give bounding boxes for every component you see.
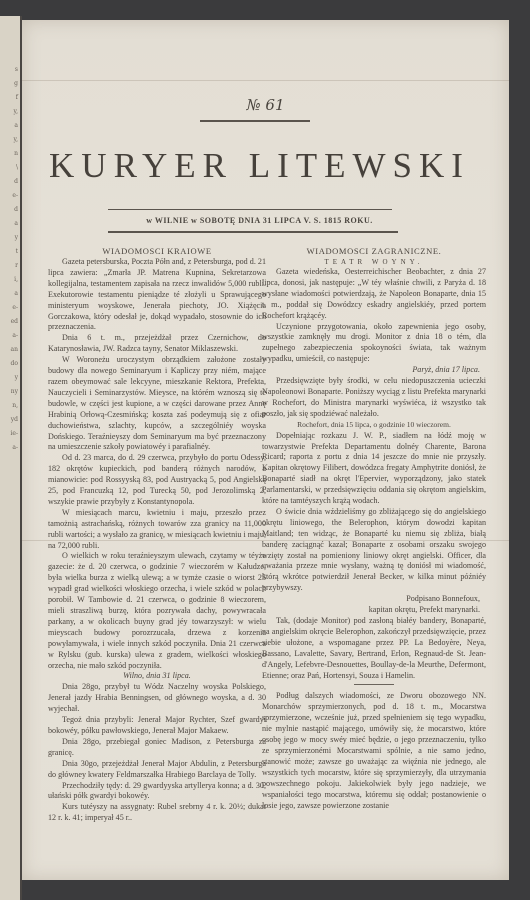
- article-paragraph: Dnia 28go, przybył tu Wódz Naczelny woys…: [48, 682, 266, 715]
- article-paragraph: Gazeta wiedeńska, Oesterreichischer Beob…: [262, 267, 486, 322]
- left-column: WIADOMOSCI KRAIOWE Gazeta petersburska, …: [48, 246, 266, 824]
- newspaper-page: № 61 KURYER LITEWSKI w WILNIE w SOBOTĘ D…: [22, 20, 509, 880]
- prev-page-text-fragment: an: [11, 346, 18, 353]
- left-paragraphs-wilno: Dnia 28go, przybył tu Wódz Naczelny woys…: [48, 682, 266, 824]
- prev-page-text-fragment: n,: [12, 402, 18, 409]
- article-paragraph: Od d. 23 marca, do d. 29 czerwca, przyby…: [48, 453, 266, 508]
- prev-page-text-fragment: a-: [12, 332, 18, 339]
- article-paragraph: Tak, (dodaje Monitor) pod zasłoną białéy…: [262, 616, 486, 681]
- article-paragraph: Kurs tutéyszy na assygnaty: Rubel srebrn…: [48, 802, 266, 824]
- prev-page-text-fragment: ed: [11, 318, 18, 325]
- previous-page-edge: sgfy,ay,n\de-daytri,ae-eda-andoynyn,ydie…: [0, 16, 22, 900]
- paper-crease: [22, 80, 509, 81]
- signature-bonnefoux: Podpisano Bonnefoux,: [262, 594, 486, 605]
- prev-page-text-fragment: a: [14, 290, 18, 297]
- issue-number: № 61: [22, 96, 509, 114]
- prev-page-text-fragment: y: [15, 374, 18, 381]
- prev-page-text-fragment: yd: [11, 416, 18, 423]
- article-paragraph: Podług dalszych wiadomości, ze Dworu obo…: [262, 691, 486, 811]
- prev-page-text-fragment: e-: [12, 192, 18, 199]
- right-paragraphs-5: Podług dalszych wiadomości, ze Dworu obo…: [262, 691, 486, 811]
- article-paragraph: O świcie dnia wździeliśmy go zbliżająceg…: [262, 507, 486, 594]
- article-paragraph: Tegoż dnia przybyli: Jenerał Major Rycht…: [48, 715, 266, 737]
- prev-page-text-fragment: ie-: [11, 430, 19, 437]
- prev-page-text-fragment: n: [14, 150, 18, 157]
- prev-page-text-fragment: r: [15, 262, 18, 269]
- dateline: w WILNIE w SOBOTĘ DNIA 31 LIPCA V. S. 18…: [22, 216, 497, 225]
- article-paragraph: W miesiącach marcu, kwietniu i maju, prz…: [48, 508, 266, 552]
- prev-page-text-fragment: g: [14, 80, 18, 87]
- right-paragraphs-3: Dopełniając rozkazu J. W. P., siadłem na…: [262, 431, 486, 595]
- prev-page-text-fragment: d: [14, 178, 18, 185]
- newspaper-title: KURYER LITEWSKI: [22, 146, 497, 186]
- article-paragraph: Dnia 30go, przejeżdżał Jenerał Major Abd…: [48, 759, 266, 781]
- paris-dateline: Paryż, dnia 17 lipca.: [262, 365, 486, 376]
- right-column: WIADOMOSCI ZAGRANICZNE. TEATR WOYNY. Gaz…: [262, 246, 486, 811]
- article-paragraph: Dnia 6 t. m., przejeżdżał przez Czernich…: [48, 333, 266, 355]
- prev-page-text-fragment: t: [16, 248, 18, 255]
- prev-page-text-fragment: f: [16, 94, 18, 101]
- signature-title: kapitan okrętu, Prefekt marynarki.: [262, 605, 486, 616]
- prev-page-text-fragment: a: [14, 122, 18, 129]
- section-heading-foreign: WIADOMOSCI ZAGRANICZNE.: [262, 246, 486, 257]
- subheading-theatre-of-war: TEATR WOYNY.: [262, 257, 486, 267]
- prev-page-text-fragment: e-: [12, 304, 18, 311]
- prev-page-text-fragment: ny: [11, 388, 18, 395]
- article-paragraph: W Woroneżu uroczystym obrządkiem założon…: [48, 355, 266, 453]
- right-paragraphs: Gazeta wiedeńska, Oesterreichischer Beob…: [262, 267, 486, 365]
- article-paragraph: Dopełniając rozkazu J. W. P., siadłem na…: [262, 431, 486, 507]
- article-paragraph: Dnia 28go, przebiegał goniec Madison, z …: [48, 737, 266, 759]
- article-paragraph: Przedsięwzięte były środki, w celu niedo…: [262, 376, 486, 420]
- article-paragraph: Przechodziły tędy: d. 29 gwardyyska arty…: [48, 781, 266, 803]
- right-paragraphs-2: Przedsięwzięte były środki, w celu niedo…: [262, 376, 486, 420]
- dateline-rule-bottom: [108, 231, 398, 233]
- prev-page-text-fragment: y,: [14, 136, 19, 143]
- right-paragraphs-4: Tak, (dodaje Monitor) pod zasłoną białéy…: [262, 616, 486, 681]
- dateline-rule-top: [108, 209, 392, 210]
- masthead-rule-top: [200, 120, 310, 122]
- prev-page-text-fragment: d: [14, 206, 18, 213]
- prev-page-text-fragment: a: [14, 220, 18, 227]
- prev-page-text-fragment: \: [16, 164, 18, 171]
- prev-page-text-fragment: y,: [14, 108, 19, 115]
- article-paragraph: O wielkich w roku teraźnieyszym ulewach,…: [48, 551, 266, 671]
- prev-page-text-fragment: a-: [12, 444, 18, 451]
- prev-page-text-fragment: y: [15, 234, 18, 241]
- rochefort-dateline: Rochefort, dnia 15 lipca, o godzinie 10 …: [262, 420, 486, 431]
- article-paragraph: Uczynione przygotowania, około zapewnien…: [262, 322, 486, 366]
- section-heading-domestic: WIADOMOSCI KRAIOWE: [48, 246, 266, 257]
- left-paragraphs: Gazeta petersburska, Poczta Półn and, z …: [48, 257, 266, 671]
- prev-page-text-fragment: do: [11, 360, 18, 367]
- section-separator: [354, 684, 394, 685]
- article-paragraph: Gazeta petersburska, Poczta Półn and, z …: [48, 257, 266, 333]
- prev-page-text-fragment: i,: [14, 276, 18, 283]
- prev-page-text-fragment: s: [15, 66, 18, 73]
- wilno-dateline: Wilno, dnia 31 lipca.: [48, 671, 266, 682]
